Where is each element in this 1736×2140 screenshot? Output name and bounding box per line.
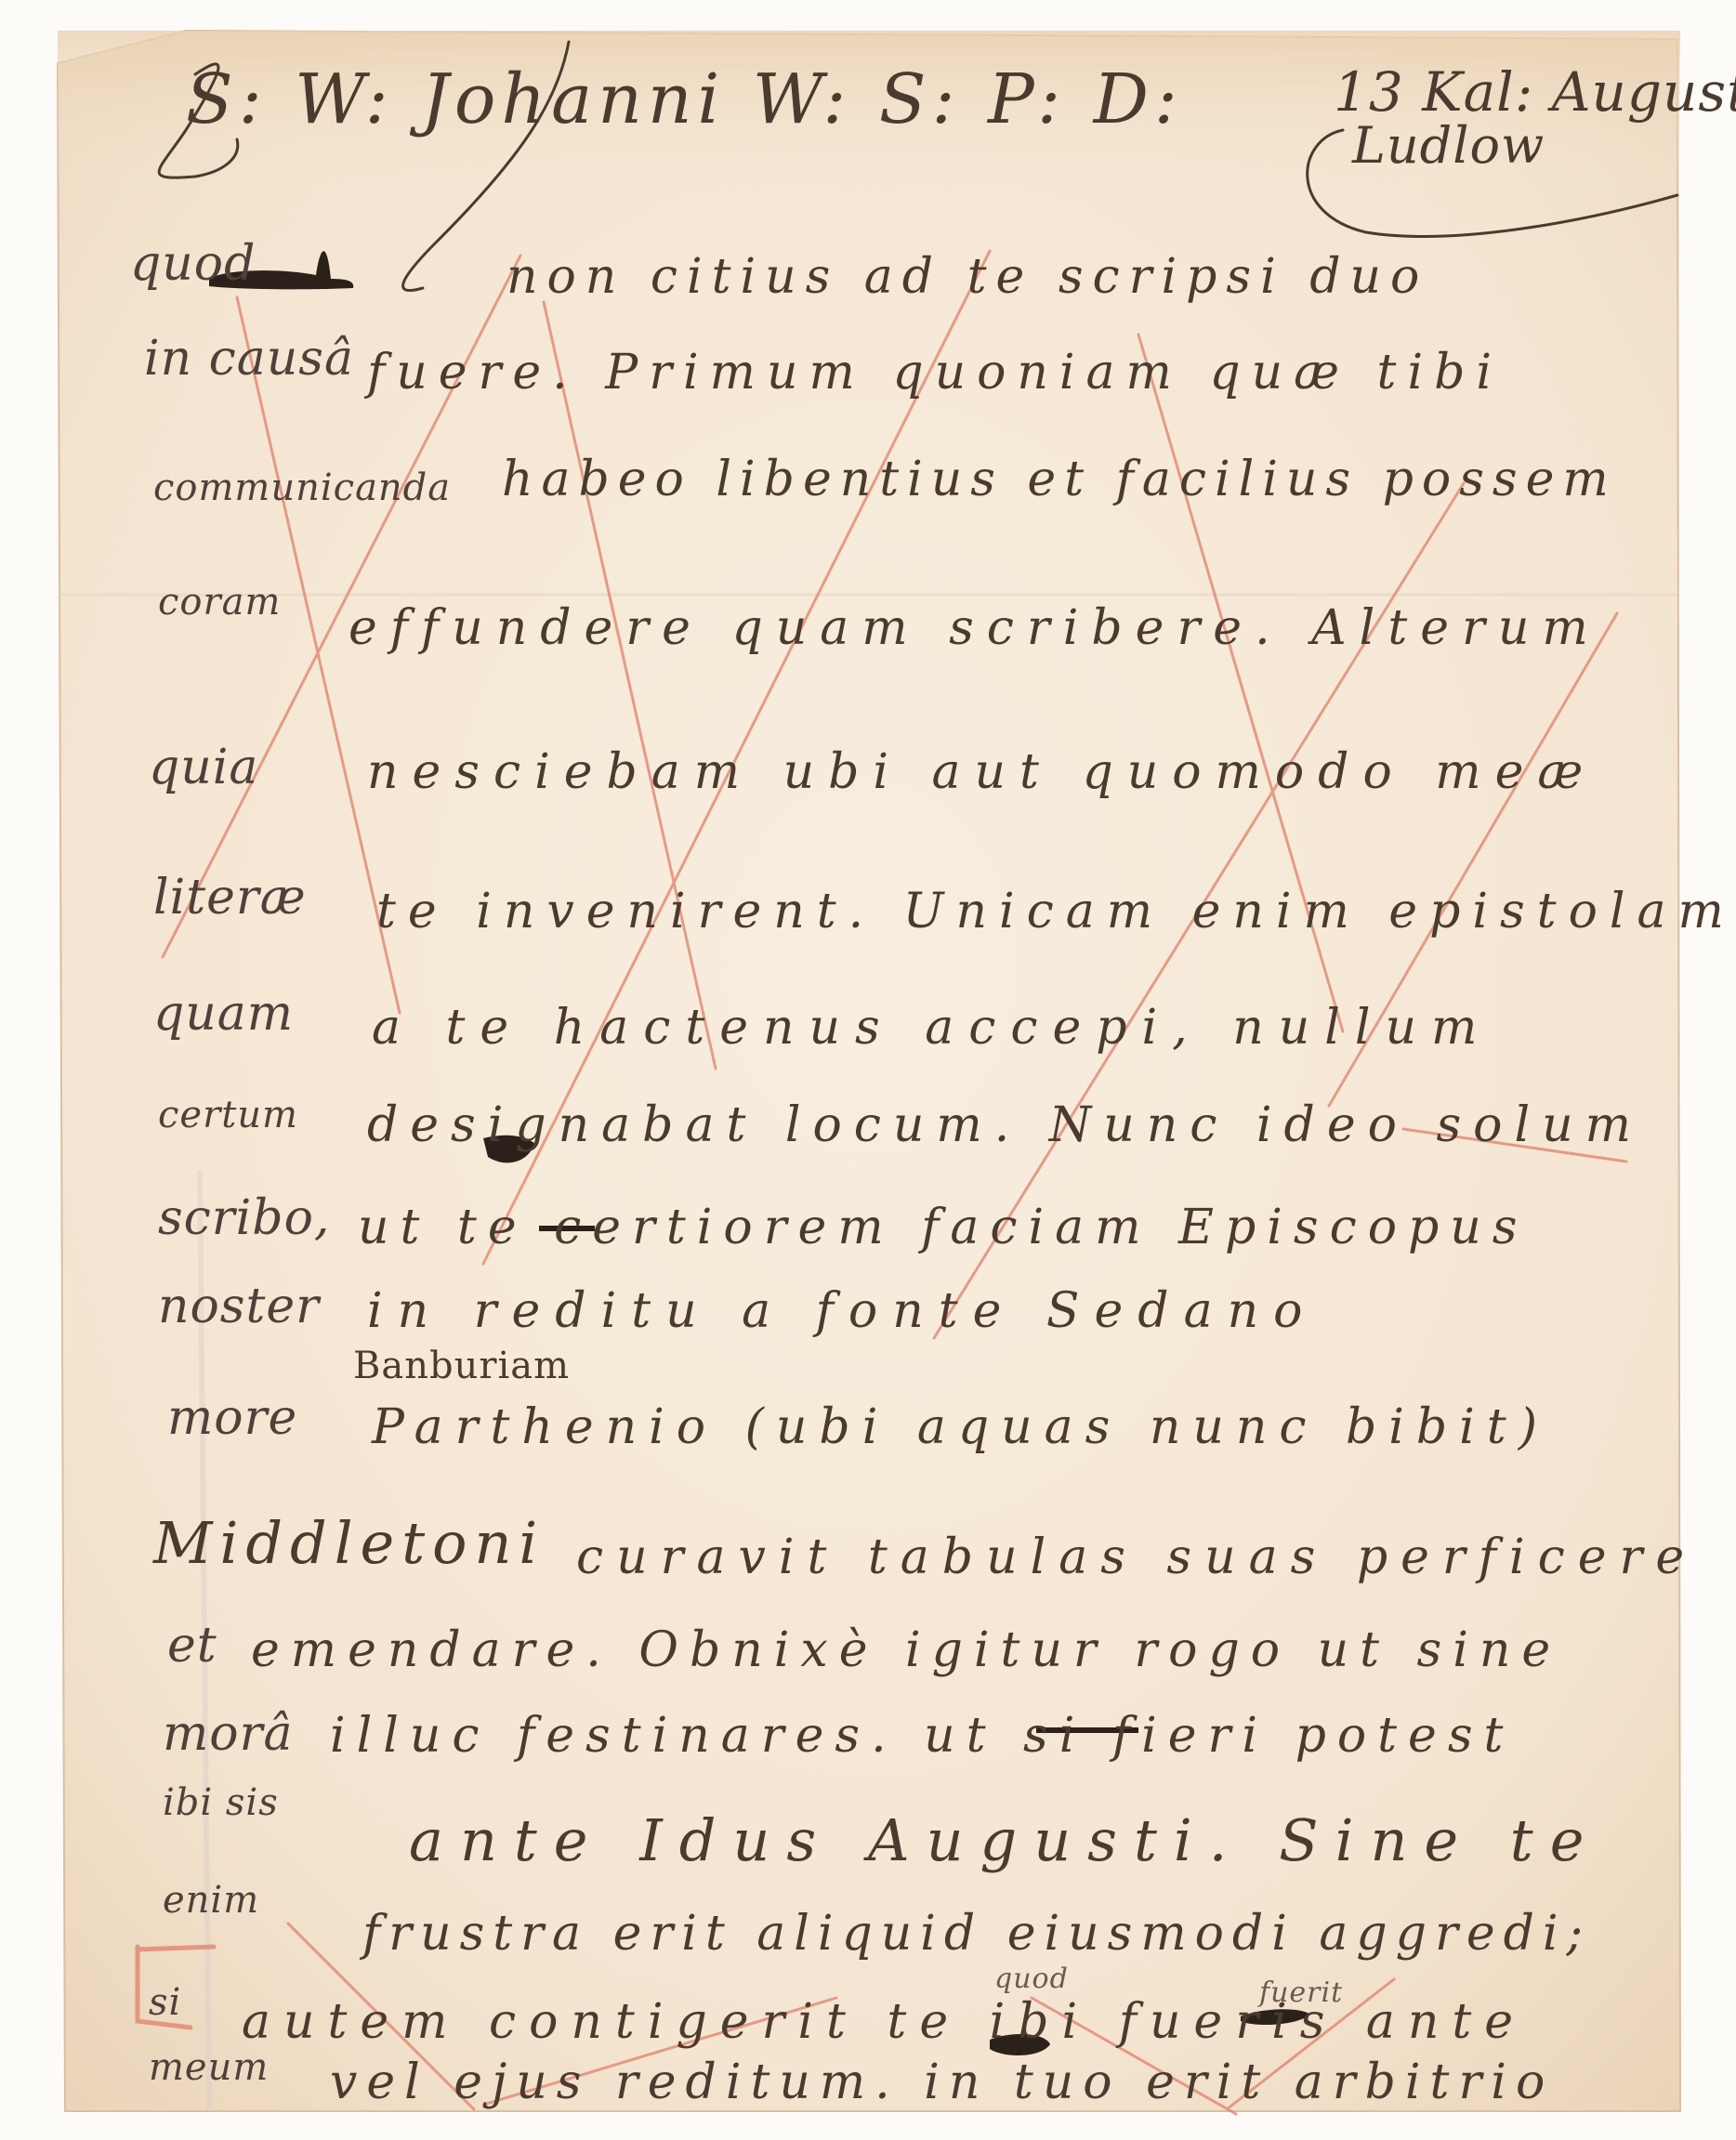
body-line: habeo libentius et facilius possem bbox=[502, 455, 1617, 504]
margin-word: noster bbox=[158, 1282, 320, 1331]
margin-word: in causâ bbox=[144, 335, 354, 383]
body-line: designabat locum. Nunc ideo solum bbox=[367, 1101, 1643, 1149]
dateline-place: Ludlow bbox=[1352, 121, 1545, 171]
body-line: illuc festinares. ut si fieri potest bbox=[330, 1712, 1514, 1760]
interlinear-insertion: quod bbox=[994, 1965, 1069, 1993]
body-line: Parthenio (ubi aquas nunc bibit) bbox=[372, 1403, 1549, 1451]
body-line: frustra erit aliquid eiusmodi aggredi; bbox=[362, 1910, 1591, 1958]
body-line: vel ejus reditum. in tuo erit arbitrio bbox=[330, 2058, 1554, 2107]
salutation: S: W: Johanni W: S: P: D: bbox=[186, 65, 1183, 134]
margin-word: et bbox=[167, 1621, 217, 1670]
margin-word: quod bbox=[130, 240, 256, 288]
body-line: autem contigerit te ibi fueris ante bbox=[242, 1998, 1526, 2046]
body-line: in reditu a fonte Sedano bbox=[367, 1287, 1317, 1335]
body-line: ante Idus Augusti. Sine te bbox=[409, 1812, 1600, 1870]
body-line: Middletoni bbox=[153, 1515, 545, 1572]
margin-word: quam bbox=[153, 990, 294, 1038]
body-line: ut te certiorem faciam Episcopus bbox=[358, 1203, 1528, 1252]
margin-word: more bbox=[167, 1394, 297, 1442]
margin-word: enim bbox=[163, 1882, 259, 1919]
body-line: fuere. Primum quoniam quæ tibi bbox=[367, 348, 1503, 397]
margin-word: scribo, bbox=[158, 1194, 330, 1242]
margin-word: communicanda bbox=[153, 469, 451, 506]
body-line: nesciebam ubi aut quomodo meæ bbox=[367, 748, 1597, 796]
margin-word: quia bbox=[149, 743, 258, 792]
body-line: effundere quam scribere. Alterum bbox=[349, 604, 1601, 652]
body-line: a te hactenus accepi, nullum bbox=[372, 1004, 1492, 1052]
body-line: non citius ad te scripsi duo bbox=[506, 253, 1428, 301]
margin-word: literæ bbox=[153, 873, 307, 922]
margin-word: si bbox=[149, 1984, 181, 2021]
dateline-date: 13 Kal: Augusti bbox=[1334, 65, 1736, 119]
margin-word: morâ bbox=[163, 1710, 293, 1758]
interlinear-insertion: Banburiam bbox=[353, 1347, 570, 1385]
margin-word: certum bbox=[158, 1096, 298, 1134]
margin-word: coram bbox=[158, 584, 281, 621]
margin-word: ibi sis bbox=[163, 1784, 279, 1821]
letter-scan: S: W: Johanni W: S: P: D: 13 Kal: August… bbox=[0, 0, 1736, 2140]
body-line: emendare. Obnixè igitur rogo ut sine bbox=[251, 1626, 1561, 1674]
margin-word: meum bbox=[149, 2049, 269, 2086]
body-line: curavit tabulas suas perficere bbox=[576, 1533, 1697, 1582]
body-line: te invenirent. Unicam enim epistolam bbox=[376, 887, 1736, 936]
